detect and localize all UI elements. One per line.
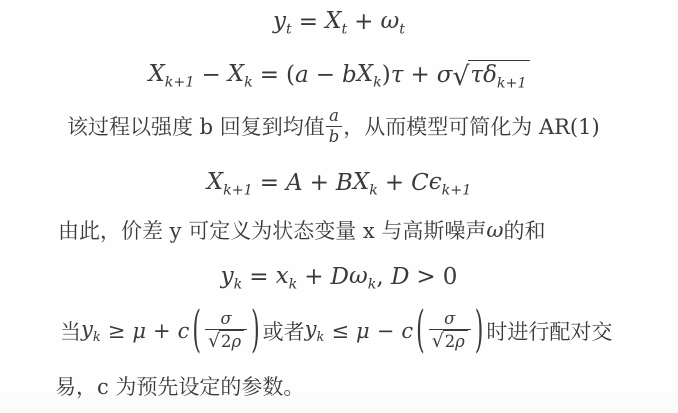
text-run: 由此，价差 y 可定义为状态变量 x 与高斯噪声 [58, 215, 486, 245]
math-subscript: k+1 [165, 74, 195, 90]
math-operator: ≥ [108, 319, 126, 343]
math-subscript: k [369, 182, 378, 198]
math-variable: B [336, 170, 353, 196]
math-fraction: σ√2ρ [205, 309, 247, 352]
math-subscript: k+1 [442, 182, 472, 198]
math-operator: + [153, 319, 171, 343]
math-variable: σ [444, 309, 455, 328]
open-paren: ( [416, 303, 425, 359]
math-subscript: k [93, 331, 101, 346]
close-paren: ) [475, 303, 484, 359]
math-subscript: k [317, 331, 325, 346]
math-subscript: k+1 [223, 182, 253, 198]
math-subscript: k [244, 74, 253, 90]
text-run: ，从而模型可简化为 AR(1) [343, 111, 599, 141]
math-variable: Xk [357, 61, 382, 90]
text-run: 或者 [263, 316, 305, 346]
math-operator: ≤ [331, 319, 349, 343]
equation-2: Xk+1−Xk=(a−bXk)τ+σ√τδk+1 [0, 55, 678, 95]
radical-sign: √ [452, 64, 469, 89]
math-operator: − [316, 62, 335, 88]
math-subscript: k [368, 276, 377, 292]
math-variable: b [342, 62, 357, 88]
math-variable: b [329, 127, 339, 146]
math-operator: = [249, 264, 268, 290]
math-document: yt=Xt+ωtXk+1−Xk=(a−bXk)τ+σ√τδk+1该过程以强度 b… [0, 0, 678, 413]
paragraph-1: 该过程以强度 b 回复到均值ab，从而模型可简化为 AR(1) [67, 104, 600, 148]
radicand: 2ρ [443, 330, 468, 352]
text-run: , [376, 264, 391, 290]
text-run: 易，c 为预先设定的参数。 [55, 371, 304, 401]
math-variable: xk [276, 263, 298, 292]
math-variable: ωt [380, 8, 405, 37]
radical-sign: √ [432, 333, 444, 351]
math-subscript: k [289, 276, 298, 292]
math-variable: Xk [353, 169, 378, 198]
math-operator: > [416, 264, 435, 290]
math-variable: Xk+1 [207, 169, 253, 198]
math-variable: Xt [325, 8, 347, 37]
math-variable: σ [220, 309, 231, 328]
math-operator: = [260, 62, 279, 88]
paren-content: σ√2ρ [204, 309, 248, 352]
math-paren: (σ√2ρ) [413, 309, 486, 352]
math-variable: a [295, 62, 309, 88]
math-variable: D [330, 264, 348, 290]
math-variable: Xk+1 [148, 61, 194, 90]
math-operator: + [310, 170, 329, 196]
text-run: ) [382, 62, 391, 88]
radical-sign: √ [208, 333, 220, 351]
text-run: 2 [221, 332, 231, 351]
math-subscript: t [399, 21, 405, 37]
math-operator: = [299, 9, 318, 35]
math-variable: Xk [228, 61, 253, 90]
math-operator: + [304, 264, 323, 290]
math-variable: δk+1 [483, 62, 527, 88]
fraction-denominator: √2ρ [429, 329, 471, 352]
math-variable: ρ [231, 332, 241, 351]
equation-1: yt=Xt+ωt [0, 4, 678, 40]
math-subscript: t [341, 21, 347, 37]
math-operator: + [385, 170, 404, 196]
math-operator: − [201, 62, 220, 88]
math-variable: yt [273, 8, 292, 37]
math-variable: A [286, 170, 303, 196]
text-run: 时进行配对交 [486, 316, 612, 346]
paren-content: σ√2ρ [428, 309, 472, 352]
math-variable: C [411, 170, 429, 196]
math-operator: + [354, 9, 373, 35]
math-operator: − [377, 319, 395, 343]
equation-4: yk=xk+Dωk, D>0 [0, 257, 678, 297]
equation-3: Xk+1=A+BXk+Cϵk+1 [0, 163, 678, 203]
math-variable: τ [391, 62, 404, 88]
math-sqrt: √τδk+1 [452, 60, 529, 91]
math-variable: a [329, 106, 339, 125]
math-subscript: t [286, 21, 292, 37]
fraction-numerator: σ [217, 309, 234, 329]
math-subscript: k [234, 276, 243, 292]
math-sqrt: √2ρ [208, 330, 244, 352]
math-variable: τ [470, 62, 483, 88]
radicand: τδk+1 [468, 60, 529, 91]
math-sqrt: √2ρ [432, 330, 468, 352]
math-variable: D [391, 264, 409, 290]
math-variable: ϵk+1 [429, 169, 472, 198]
math-variable: yk [221, 263, 243, 292]
fraction-denominator: b [326, 126, 342, 147]
paragraph-4: 易，c 为预先设定的参数。 [55, 366, 304, 406]
text-run: 当 [60, 316, 81, 346]
text-run: 该过程以强度 b 回复到均值 [67, 111, 325, 141]
math-paren: (σ√2ρ) [189, 309, 262, 352]
text-run: ( [286, 62, 295, 88]
math-variable: σ [437, 62, 453, 88]
paragraph-2: 由此，价差 y 可定义为状态变量 x 与高斯噪声ω的和 [58, 210, 546, 250]
open-paren: ( [192, 303, 201, 359]
math-variable: c [178, 319, 190, 343]
text-run: 2 [445, 332, 455, 351]
fraction-numerator: σ [441, 309, 458, 329]
math-operator: = [260, 170, 279, 196]
math-variable: yk [81, 317, 101, 344]
math-fraction: σ√2ρ [429, 309, 471, 352]
close-paren: ) [251, 303, 260, 359]
fraction-numerator: a [326, 106, 342, 126]
math-variable: μ [132, 319, 146, 343]
text-run: 0 [443, 264, 458, 290]
math-variable: μ [356, 319, 370, 343]
math-operator: + [410, 62, 429, 88]
radicand: 2ρ [219, 330, 244, 352]
math-variable: ωk [349, 263, 376, 292]
text-run: 的和 [504, 215, 546, 245]
paragraph-3: 当yk≥μ+c(σ√2ρ)或者yk≤μ−c(σ√2ρ)时进行配对交 [60, 303, 612, 359]
math-variable: ρ [455, 332, 465, 351]
math-variable: ω [486, 218, 503, 242]
math-fraction: ab [326, 106, 342, 146]
math-subscript: k+1 [497, 75, 527, 91]
fraction-denominator: √2ρ [205, 329, 247, 352]
math-variable: c [401, 319, 413, 343]
math-variable: yk [305, 317, 325, 344]
math-subscript: k [373, 74, 382, 90]
